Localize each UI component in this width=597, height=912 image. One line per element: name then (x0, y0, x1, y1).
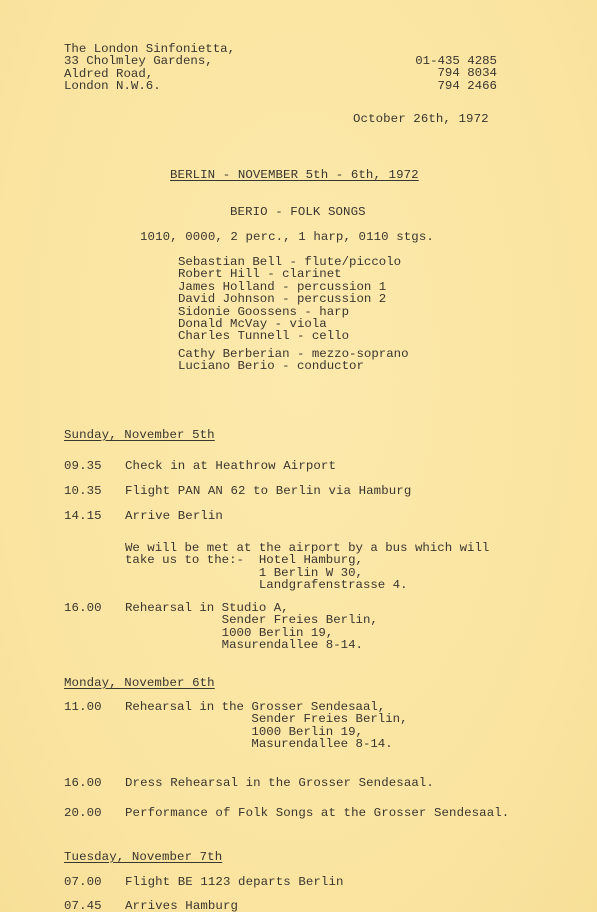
soloists-list: Cathy Berberian - mezzo-soprano Luciano … (178, 348, 409, 373)
entry-text: Sender Freies Berlin, (125, 713, 408, 725)
entry-time: 07.00 (64, 876, 102, 888)
entry-text: Sender Freies Berlin, (125, 614, 378, 626)
phone-line: 794 8034 (415, 67, 497, 79)
entry-time: 07.45 (64, 900, 102, 912)
day-heading-sunday: Sunday, November 5th (64, 429, 215, 441)
entry-text: Flight PAN AN 62 to Berlin via Hamburg (125, 485, 411, 497)
entry-time: 14.15 (64, 510, 102, 522)
entry-text: Check in at Heathrow Airport (125, 460, 336, 472)
entry-text: Masurendallee 8-14. (125, 639, 378, 651)
entry-time: 09.35 (64, 460, 102, 472)
entry-time: 16.00 (64, 602, 102, 614)
rehearsal-grosser-sendesaal: Rehearsal in the Grosser Sendesaal, Send… (125, 701, 408, 751)
address-line: London N.W.6. (64, 80, 235, 92)
letter-date: October 26th, 1972 (353, 113, 489, 125)
entry-text: Performance of Folk Songs at the Grosser… (125, 807, 509, 819)
phone-line: 794 2466 (415, 80, 497, 92)
entry-text: Flight BE 1123 departs Berlin (125, 876, 344, 888)
document-title: BERLIN - NOVEMBER 5th - 6th, 1972 (170, 169, 419, 181)
entry-time: 20.00 (64, 807, 102, 819)
soloist-item: Luciano Berio - conductor (178, 360, 409, 372)
phone-numbers: 01-435 4285 794 8034 794 2466 (415, 55, 497, 92)
entry-text: Arrives Hamburg (125, 900, 238, 912)
bus-note: We will be met at the airport by a bus w… (125, 542, 489, 592)
day-heading-tuesday: Tuesday, November 7th (64, 851, 222, 863)
entry-text: Dress Rehearsal in the Grosser Sendesaal… (125, 777, 434, 789)
entry-text: Masurendallee 8-14. (125, 738, 408, 750)
player-item: David Johnson - percussion 2 (178, 293, 401, 305)
players-list: Sebastian Bell - flute/piccolo Robert Hi… (178, 256, 401, 343)
address-line: 33 Cholmley Gardens, (64, 55, 235, 67)
rehearsal-studio-a: Rehearsal in Studio A, Sender Freies Ber… (125, 602, 378, 652)
document-page: The London Sinfonietta, 33 Cholmley Gard… (0, 0, 597, 912)
entry-text: take us to the:- Hotel Hamburg, (125, 554, 489, 566)
sender-address: The London Sinfonietta, 33 Cholmley Gard… (64, 43, 235, 93)
entry-time: 16.00 (64, 777, 102, 789)
player-item: Charles Tunnell - cello (178, 330, 401, 342)
entry-text: Arrive Berlin (125, 510, 223, 522)
day-heading-monday: Monday, November 6th (64, 677, 215, 689)
instrumentation: 1010, 0000, 2 perc., 1 harp, 0110 stgs. (140, 231, 434, 243)
entry-time: 10.35 (64, 485, 102, 497)
entry-text: Landgrafenstrasse 4. (125, 579, 489, 591)
programme-work: BERIO - FOLK SONGS (230, 206, 366, 218)
entry-time: 11.00 (64, 701, 102, 713)
player-item: Robert Hill - clarinet (178, 268, 401, 280)
